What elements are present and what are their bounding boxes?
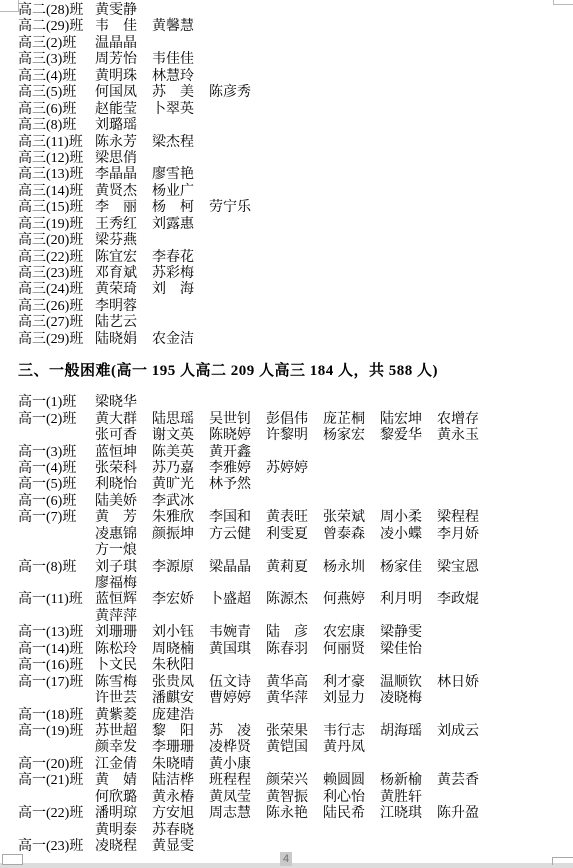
student-name: 何丽贤 bbox=[323, 642, 380, 658]
class-label: 高三(23)班 bbox=[18, 266, 95, 282]
class-label: 高一(20)班 bbox=[18, 757, 95, 773]
student-name: 李政焜 bbox=[437, 592, 494, 608]
student-name: 陈源杰 bbox=[266, 592, 323, 608]
student-name: 张贵凤 bbox=[152, 675, 209, 691]
student-name: 黄贤杰 bbox=[95, 184, 152, 200]
student-name: 林日娇 bbox=[437, 675, 494, 691]
hardship-list-grade2-3: 高二(28)班黄雯静高二(29)班韦 佳黄馨慧高三(2)班温晶晶高三(3)班周芳… bbox=[18, 3, 573, 348]
student-name: 黄表旺 bbox=[266, 510, 323, 526]
student-name: 梁佳怡 bbox=[380, 642, 437, 658]
student-name: 朱雅欣 bbox=[152, 510, 209, 526]
student-name: 李雅婷 bbox=[209, 461, 266, 477]
class-label: 高一(11)班 bbox=[18, 592, 95, 608]
student-name: 卜盛超 bbox=[209, 592, 266, 608]
student-name: 农金洁 bbox=[152, 332, 209, 348]
class-label: 高一(4)班 bbox=[18, 461, 95, 477]
student-name: 陈美英 bbox=[152, 445, 209, 461]
student-name: 梁程程 bbox=[437, 510, 494, 526]
student-name: 吴世钊 bbox=[209, 412, 266, 428]
page-number-badge: 4 bbox=[280, 852, 292, 866]
student-name: 李 丽 bbox=[95, 200, 152, 216]
student-name: 李宏娇 bbox=[152, 592, 209, 608]
table-row-continuation: 黄明泰苏春晓 bbox=[18, 823, 573, 839]
student-name: 黄明珠 bbox=[95, 69, 152, 85]
student-name: 陈永芳 bbox=[95, 135, 152, 151]
table-row: 高一(21)班黄 婧陆洁桦班程程颜荣兴赖圆圆杨新榆黄芸香 bbox=[18, 773, 573, 789]
class-label: 高三(3)班 bbox=[18, 52, 95, 68]
student-name: 李源原 bbox=[152, 560, 209, 576]
student-name: 何燕婷 bbox=[323, 592, 380, 608]
student-name: 李月娇 bbox=[437, 527, 494, 543]
student-name: 刘 海 bbox=[152, 282, 209, 298]
class-label: 高三(13)班 bbox=[18, 167, 95, 183]
student-name: 何国凤 bbox=[95, 85, 152, 101]
table-row: 高三(8)班刘璐瑶 bbox=[18, 118, 573, 134]
student-name: 黄 芳 bbox=[95, 510, 152, 526]
table-row: 高三(11)班陈永芳梁杰程 bbox=[18, 135, 573, 151]
student-name: 颜幸发 bbox=[95, 740, 152, 756]
student-name: 梁晶晶 bbox=[209, 560, 266, 576]
table-row: 高一(11)班蓝恒辉李宏娇卜盛超陈源杰何燕婷利月明李政焜 bbox=[18, 592, 573, 608]
class-label: 高三(20)班 bbox=[18, 233, 95, 249]
student-name: 韦行志 bbox=[323, 724, 380, 740]
class-label: 高一(19)班 bbox=[18, 724, 95, 740]
table-row: 高一(2)班黄大群陆思瑶吴世钊彭倡伟庞芷桐陆宏坤农增存 bbox=[18, 412, 573, 428]
student-name: 朱晓晴 bbox=[152, 757, 209, 773]
student-name: 许世芸 bbox=[95, 691, 152, 707]
table-row: 高三(22)班陈宜宏李春花 bbox=[18, 250, 573, 266]
table-row-continuation: 方一烺 bbox=[18, 543, 573, 559]
class-label: 高三(2)班 bbox=[18, 36, 95, 52]
table-row: 高三(19)班王秀红刘露惠 bbox=[18, 217, 573, 233]
document-page: 高二(28)班黄雯静高二(29)班韦 佳黄馨慧高三(2)班温晶晶高三(3)班周芳… bbox=[0, 0, 573, 868]
table-row: 高三(20)班梁芬燕 bbox=[18, 233, 573, 249]
table-row: 高一(5)班利晓怡黄旷光林予然 bbox=[18, 477, 573, 493]
student-name: 苏春晓 bbox=[152, 823, 209, 839]
table-row: 高二(28)班黄雯静 bbox=[18, 3, 573, 19]
student-name: 陈雪梅 bbox=[95, 675, 152, 691]
student-name: 黄永椿 bbox=[152, 790, 209, 806]
student-name: 刘珊珊 bbox=[95, 625, 152, 641]
student-name: 陆民希 bbox=[323, 806, 380, 822]
student-name: 苏婷婷 bbox=[266, 461, 323, 477]
student-name: 蓝恒坤 bbox=[95, 445, 152, 461]
class-label: 高三(14)班 bbox=[18, 184, 95, 200]
student-name: 周芳怡 bbox=[95, 52, 152, 68]
table-row: 高一(6)班陆美娇李武冰 bbox=[18, 494, 573, 510]
student-name: 黄馨慧 bbox=[152, 19, 209, 35]
table-row: 高三(4)班黄明珠林慧玲 bbox=[18, 69, 573, 85]
table-row-continuation: 许世芸潘麒安曹婷婷黄华萍刘显力凌晓梅 bbox=[18, 691, 573, 707]
student-name: 陈晓婷 bbox=[209, 428, 266, 444]
student-name: 颜荣兴 bbox=[266, 773, 323, 789]
student-name: 何欣璐 bbox=[95, 790, 152, 806]
student-name: 黄小康 bbox=[209, 757, 266, 773]
student-name: 陆宏坤 bbox=[380, 412, 437, 428]
student-name: 农宏康 bbox=[323, 625, 380, 641]
student-name: 黎 阳 bbox=[152, 724, 209, 740]
table-row: 高三(26)班李明蓉 bbox=[18, 299, 573, 315]
hardship-list-grade1: 高一(1)班梁晓华高一(2)班黄大群陆思瑶吴世钊彭倡伟庞芷桐陆宏坤农增存张可香谢… bbox=[18, 395, 573, 855]
student-name: 黄丹凤 bbox=[323, 740, 380, 756]
student-name: 利心怡 bbox=[323, 790, 380, 806]
class-label: 高二(29)班 bbox=[18, 19, 95, 35]
student-name: 黄华萍 bbox=[266, 691, 323, 707]
student-name: 凌晓程 bbox=[95, 839, 152, 855]
student-name: 利月明 bbox=[380, 592, 437, 608]
student-name: 卜文民 bbox=[95, 658, 152, 674]
table-row: 高一(4)班张荣科苏乃嘉李雅婷苏婷婷 bbox=[18, 461, 573, 477]
student-name: 黄荣琦 bbox=[95, 282, 152, 298]
student-name: 梁思俏 bbox=[95, 151, 152, 167]
student-name: 朱秋阳 bbox=[152, 658, 209, 674]
student-name: 李明蓉 bbox=[95, 299, 152, 315]
table-row: 高一(23)班凌晓程黄显雯 bbox=[18, 839, 573, 855]
table-row: 高一(13)班刘珊珊刘小钰韦婉青陆 彦农宏康梁静雯 bbox=[18, 625, 573, 641]
student-name: 韦佳佳 bbox=[152, 52, 209, 68]
student-name: 江金倩 bbox=[95, 757, 152, 773]
student-name: 刘显力 bbox=[323, 691, 380, 707]
student-name: 杨业广 bbox=[152, 184, 209, 200]
student-name: 陈永艳 bbox=[266, 806, 323, 822]
student-name: 班程程 bbox=[209, 773, 266, 789]
table-row: 高三(23)班邓育斌苏彩梅 bbox=[18, 266, 573, 282]
student-name: 张可香 bbox=[95, 428, 152, 444]
student-name: 韦 佳 bbox=[95, 19, 152, 35]
table-row: 高三(12)班梁思俏 bbox=[18, 151, 573, 167]
student-name: 黄莉夏 bbox=[266, 560, 323, 576]
student-name: 杨 柯 bbox=[152, 200, 209, 216]
class-label: 高一(23)班 bbox=[18, 839, 95, 855]
student-name: 廖福梅 bbox=[95, 576, 152, 592]
student-name: 陆 彦 bbox=[266, 625, 323, 641]
class-label: 高一(16)班 bbox=[18, 658, 95, 674]
class-label: 高三(27)班 bbox=[18, 315, 95, 331]
student-name: 黄显雯 bbox=[152, 839, 209, 855]
student-name: 韦婉青 bbox=[209, 625, 266, 641]
student-name: 杨新榆 bbox=[380, 773, 437, 789]
class-label: 高三(26)班 bbox=[18, 299, 95, 315]
student-name: 庞建浩 bbox=[152, 708, 209, 724]
crop-mark-bottom-right-icon bbox=[552, 857, 573, 865]
student-name: 卜翠英 bbox=[152, 102, 209, 118]
student-name: 劳宁乐 bbox=[209, 200, 266, 216]
class-label: 高一(21)班 bbox=[18, 773, 95, 789]
student-name: 苏 美 bbox=[152, 85, 209, 101]
student-name: 胡海瑶 bbox=[380, 724, 437, 740]
student-name: 廖雪艳 bbox=[152, 167, 209, 183]
class-label: 高一(8)班 bbox=[18, 560, 95, 576]
student-name: 黄国琪 bbox=[209, 642, 266, 658]
class-label: 高三(24)班 bbox=[18, 282, 95, 298]
student-name: 江晓琪 bbox=[380, 806, 437, 822]
student-name: 凌惠锦 bbox=[95, 527, 152, 543]
student-name: 刘露惠 bbox=[152, 217, 209, 233]
table-row: 高三(24)班黄荣琦刘 海 bbox=[18, 282, 573, 298]
student-name: 谢文英 bbox=[152, 428, 209, 444]
table-row: 高一(20)班江金倩朱晓晴黄小康 bbox=[18, 757, 573, 773]
student-name: 陆思瑶 bbox=[152, 412, 209, 428]
student-name: 黄凤莹 bbox=[209, 790, 266, 806]
class-label: 高三(11)班 bbox=[18, 135, 95, 151]
student-name: 张荣果 bbox=[266, 724, 323, 740]
table-row: 高三(5)班何国凤苏 美陈彦秀 bbox=[18, 85, 573, 101]
student-name: 凌小蝶 bbox=[380, 527, 437, 543]
student-name: 林予然 bbox=[209, 477, 266, 493]
student-name: 梁芬燕 bbox=[95, 233, 152, 249]
class-label: 高一(5)班 bbox=[18, 477, 95, 493]
table-row: 高二(29)班韦 佳黄馨慧 bbox=[18, 19, 573, 35]
table-row-continuation: 廖福梅 bbox=[18, 576, 573, 592]
student-name: 黄开鑫 bbox=[209, 445, 266, 461]
table-row: 高三(15)班李 丽杨 柯劳宁乐 bbox=[18, 200, 573, 216]
student-name: 陈松玲 bbox=[95, 642, 152, 658]
table-row: 高一(7)班黄 芳朱雅欣李国和黄表旺张荣斌周小柔梁程程 bbox=[18, 510, 573, 526]
student-name: 梁宝恩 bbox=[437, 560, 494, 576]
document-content: 高二(28)班黄雯静高二(29)班韦 佳黄馨慧高三(2)班温晶晶高三(3)班周芳… bbox=[18, 3, 573, 855]
student-name: 陆艺云 bbox=[95, 315, 152, 331]
table-row: 高一(14)班陈松玲周晓楠黄国琪陈春羽何丽贤梁佳怡 bbox=[18, 642, 573, 658]
table-row: 高一(22)班潘明琼方安旭周志慧陈永艳陆民希江晓琪陈升盈 bbox=[18, 806, 573, 822]
table-row: 高一(1)班梁晓华 bbox=[18, 395, 573, 411]
student-name: 李珊珊 bbox=[152, 740, 209, 756]
student-name: 邓育斌 bbox=[95, 266, 152, 282]
student-name: 陈春羽 bbox=[266, 642, 323, 658]
student-name: 方云健 bbox=[209, 527, 266, 543]
student-name: 陈升盈 bbox=[437, 806, 494, 822]
student-name: 庞芷桐 bbox=[323, 412, 380, 428]
class-label: 高一(3)班 bbox=[18, 445, 95, 461]
student-name: 周小柔 bbox=[380, 510, 437, 526]
class-label: 高三(15)班 bbox=[18, 200, 95, 216]
student-name: 黄雯静 bbox=[95, 3, 152, 19]
section-heading: 三、一般困难(高一 195 人高二 209 人高三 184 人，共 588 人) bbox=[18, 360, 573, 382]
table-row-continuation: 凌惠锦颜振坤方云健利雯夏曾泰森凌小蝶李月娇 bbox=[18, 527, 573, 543]
student-name: 伍文诗 bbox=[209, 675, 266, 691]
student-name: 曾泰森 bbox=[323, 527, 380, 543]
class-label: 高一(18)班 bbox=[18, 708, 95, 724]
crop-mark-top-left-icon bbox=[0, 0, 19, 12]
class-label: 高一(2)班 bbox=[18, 412, 95, 428]
student-name: 苏彩梅 bbox=[152, 266, 209, 282]
table-row: 高三(14)班黄贤杰杨业广 bbox=[18, 184, 573, 200]
student-name: 陈彦秀 bbox=[209, 85, 266, 101]
student-name: 黄旷光 bbox=[152, 477, 209, 493]
table-row: 高一(3)班蓝恒坤陈美英黄开鑫 bbox=[18, 445, 573, 461]
class-label: 高三(29)班 bbox=[18, 332, 95, 348]
student-name: 黄铠国 bbox=[266, 740, 323, 756]
student-name: 彭倡伟 bbox=[266, 412, 323, 428]
class-label: 高一(14)班 bbox=[18, 642, 95, 658]
student-name: 黄胜轩 bbox=[380, 790, 437, 806]
student-name: 黄华高 bbox=[266, 675, 323, 691]
student-name: 黄 婧 bbox=[95, 773, 152, 789]
table-row: 高三(27)班陆艺云 bbox=[18, 315, 573, 331]
student-name: 利雯夏 bbox=[266, 527, 323, 543]
table-row: 高三(2)班温晶晶 bbox=[18, 36, 573, 52]
class-label: 高一(6)班 bbox=[18, 494, 95, 510]
student-name: 周志慧 bbox=[209, 806, 266, 822]
student-name: 方安旭 bbox=[152, 806, 209, 822]
student-name: 黄芸香 bbox=[437, 773, 494, 789]
student-name: 利晓怡 bbox=[95, 477, 152, 493]
student-name: 利才豪 bbox=[323, 675, 380, 691]
student-name: 赖圆圆 bbox=[323, 773, 380, 789]
student-name: 苏乃嘉 bbox=[152, 461, 209, 477]
student-name: 凌桦贤 bbox=[209, 740, 266, 756]
student-name: 李晶晶 bbox=[95, 167, 152, 183]
student-name: 曹婷婷 bbox=[209, 691, 266, 707]
class-label: 高一(22)班 bbox=[18, 806, 95, 822]
student-name: 梁晓华 bbox=[95, 395, 152, 411]
class-label: 高三(6)班 bbox=[18, 102, 95, 118]
student-name: 农增存 bbox=[437, 412, 494, 428]
class-label: 高一(17)班 bbox=[18, 675, 95, 691]
class-label: 高三(12)班 bbox=[18, 151, 95, 167]
student-name: 黄智振 bbox=[266, 790, 323, 806]
class-label: 高二(28)班 bbox=[18, 3, 95, 19]
student-name: 李武冰 bbox=[152, 494, 209, 510]
table-row-continuation: 张可香谢文英陈晓婷许黎明杨家宏黎爱华黄永玉 bbox=[18, 428, 573, 444]
student-name: 林慧玲 bbox=[152, 69, 209, 85]
class-label: 高三(22)班 bbox=[18, 250, 95, 266]
class-label: 高三(5)班 bbox=[18, 85, 95, 101]
table-row: 高三(13)班李晶晶廖雪艳 bbox=[18, 167, 573, 183]
class-label: 高三(4)班 bbox=[18, 69, 95, 85]
student-name: 温顺钦 bbox=[380, 675, 437, 691]
student-name: 刘子琪 bbox=[95, 560, 152, 576]
student-name: 蓝恒辉 bbox=[95, 592, 152, 608]
student-name: 张荣科 bbox=[95, 461, 152, 477]
student-name: 刘小钰 bbox=[152, 625, 209, 641]
student-name: 凌晓梅 bbox=[380, 691, 437, 707]
table-row-continuation: 颜幸发李珊珊凌桦贤黄铠国黄丹凤 bbox=[18, 740, 573, 756]
student-name: 刘璐瑶 bbox=[95, 118, 152, 134]
class-label: 高一(13)班 bbox=[18, 625, 95, 641]
student-name: 苏世超 bbox=[95, 724, 152, 740]
student-name: 杨永圳 bbox=[323, 560, 380, 576]
student-name: 陆洁桦 bbox=[152, 773, 209, 789]
student-name: 方一烺 bbox=[95, 543, 152, 559]
table-row: 高一(18)班黄紫菱庞建浩 bbox=[18, 708, 573, 724]
student-name: 陆晓娟 bbox=[95, 332, 152, 348]
student-name: 黎爱华 bbox=[380, 428, 437, 444]
class-label: 高三(8)班 bbox=[18, 118, 95, 134]
student-name: 周晓楠 bbox=[152, 642, 209, 658]
student-name: 杨家佳 bbox=[380, 560, 437, 576]
class-label: 高三(19)班 bbox=[18, 217, 95, 233]
student-name: 黄大群 bbox=[95, 412, 152, 428]
student-name: 李国和 bbox=[209, 510, 266, 526]
student-name: 赵能莹 bbox=[95, 102, 152, 118]
table-row: 高一(17)班陈雪梅张贵凤伍文诗黄华高利才豪温顺钦林日娇 bbox=[18, 675, 573, 691]
table-row-continuation: 何欣璐黄永椿黄凤莹黄智振利心怡黄胜轩 bbox=[18, 790, 573, 806]
student-name: 潘麒安 bbox=[152, 691, 209, 707]
table-row-continuation: 黄萍萍 bbox=[18, 609, 573, 625]
student-name: 李春花 bbox=[152, 250, 209, 266]
student-name: 王秀红 bbox=[95, 217, 152, 233]
student-name: 黄明泰 bbox=[95, 823, 152, 839]
student-name: 梁静雯 bbox=[380, 625, 437, 641]
class-label: 高一(7)班 bbox=[18, 510, 95, 526]
student-name: 黄紫菱 bbox=[95, 708, 152, 724]
student-name: 陆美娇 bbox=[95, 494, 152, 510]
student-name: 刘成云 bbox=[437, 724, 494, 740]
table-row: 高三(29)班陆晓娟农金洁 bbox=[18, 332, 573, 348]
table-row: 高一(8)班刘子琪李源原梁晶晶黄莉夏杨永圳杨家佳梁宝恩 bbox=[18, 560, 573, 576]
crop-mark-bottom-left-icon bbox=[2, 854, 23, 865]
student-name: 黄萍萍 bbox=[95, 609, 152, 625]
table-row: 高一(16)班卜文民朱秋阳 bbox=[18, 658, 573, 674]
student-name: 许黎明 bbox=[266, 428, 323, 444]
student-name: 陈宜宏 bbox=[95, 250, 152, 266]
student-name: 梁杰程 bbox=[152, 135, 209, 151]
class-label: 高一(1)班 bbox=[18, 395, 95, 411]
table-row: 高三(6)班赵能莹卜翠英 bbox=[18, 102, 573, 118]
student-name: 苏 凌 bbox=[209, 724, 266, 740]
student-name: 张荣斌 bbox=[323, 510, 380, 526]
table-row: 高一(19)班苏世超黎 阳苏 凌张荣果韦行志胡海瑶刘成云 bbox=[18, 724, 573, 740]
student-name: 温晶晶 bbox=[95, 36, 152, 52]
student-name: 杨家宏 bbox=[323, 428, 380, 444]
student-name: 黄永玉 bbox=[437, 428, 494, 444]
table-row: 高三(3)班周芳怡韦佳佳 bbox=[18, 52, 573, 68]
student-name: 潘明琼 bbox=[95, 806, 152, 822]
student-name: 颜振坤 bbox=[152, 527, 209, 543]
